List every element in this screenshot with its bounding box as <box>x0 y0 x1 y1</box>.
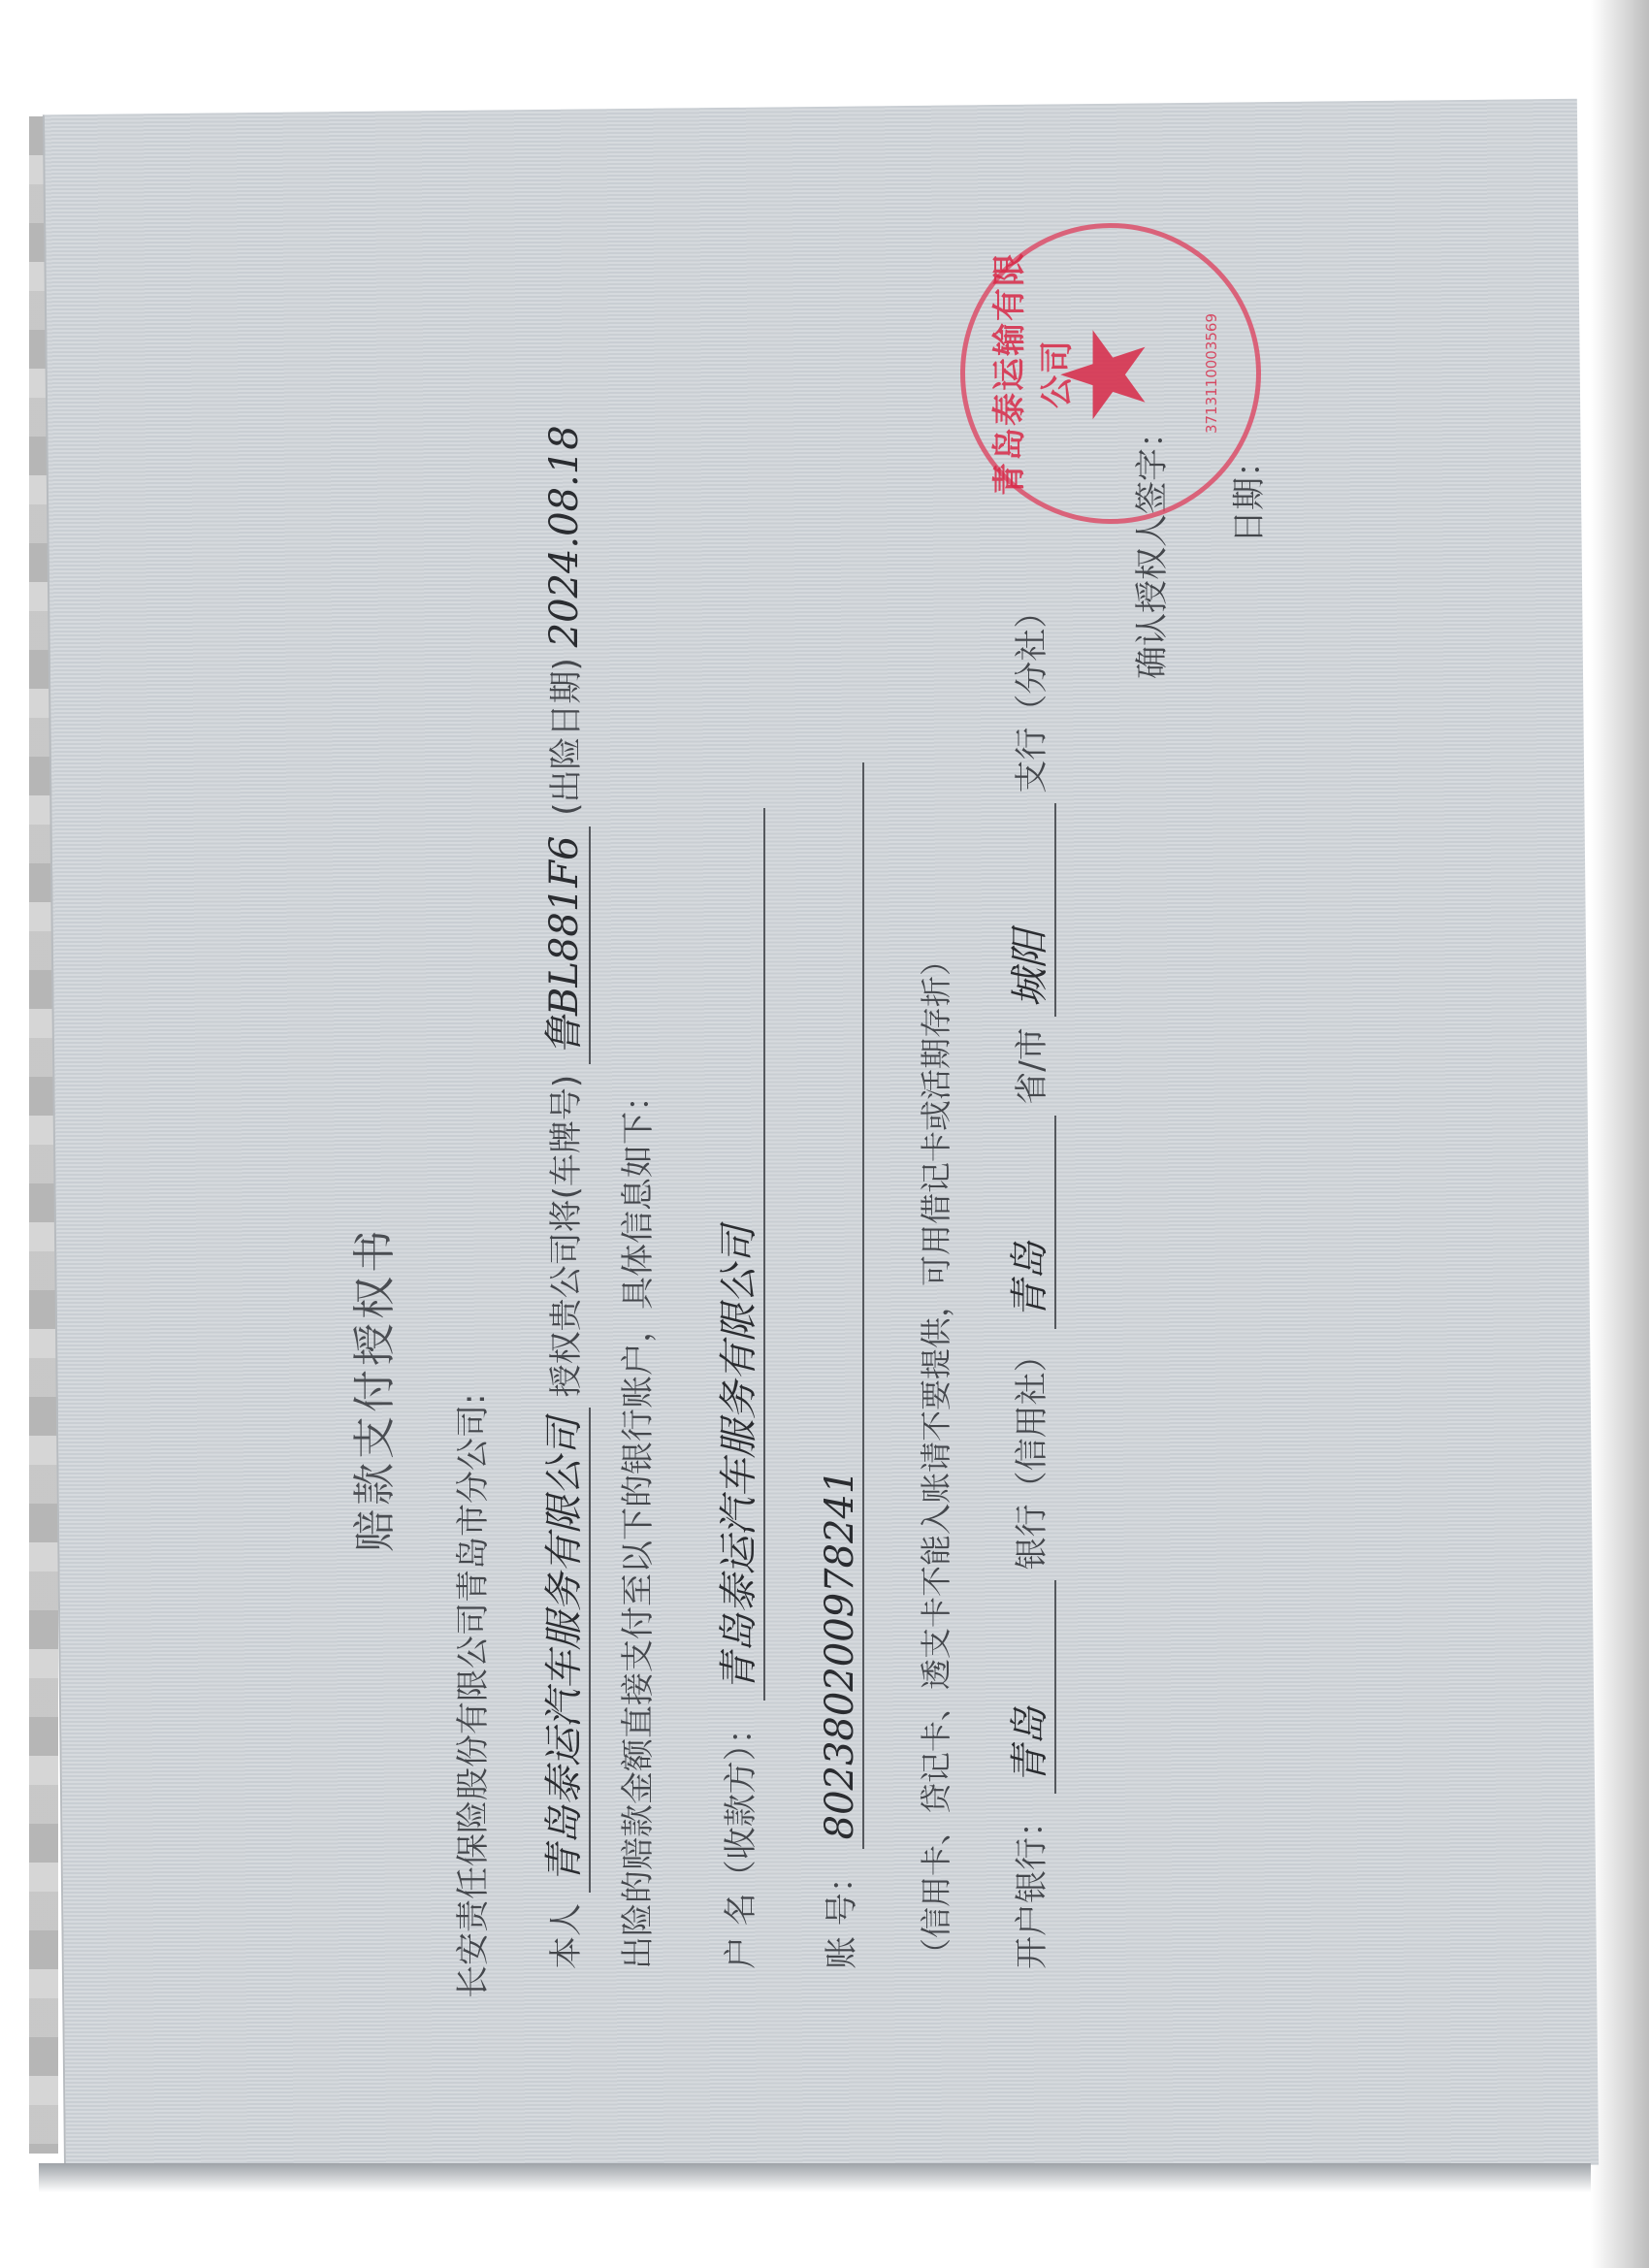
branch-suffix: 支行（分社） <box>1013 596 1051 794</box>
star-icon: ★ <box>1048 322 1164 427</box>
province-handwritten: 青岛 <box>999 1116 1056 1329</box>
plate-number-handwritten: 鲁BL881F6 <box>533 826 591 1065</box>
accident-date-handwritten: 2024.08.18 <box>542 425 587 647</box>
account-line: 账 号： 802380200978241 <box>815 762 864 1969</box>
insured-middle: 授权贵公司将(车牌号) <box>547 1075 586 1398</box>
bank-line: 开户银行： 青岛 银行（信用社） 青岛 省/市 城阳 支行（分社） <box>999 596 1056 1969</box>
accident-date-label: (出险日期) <box>547 658 586 816</box>
addressee-line: 长安责任保险股份有限公司青岛市分公司: <box>446 1394 494 1998</box>
branch-handwritten: 城阳 <box>999 803 1056 1017</box>
bank-suffix: 银行（信用社） <box>1013 1339 1051 1570</box>
province-suffix: 省/市 <box>1013 1027 1051 1104</box>
seal-number: 3713110003569 <box>1203 286 1220 461</box>
authorization-document: 赔款支付授权书 长安责任保险股份有限公司青岛市分公司: 本人 青岛泰运汽车服务有… <box>291 136 1358 2057</box>
account-label: 账 号： <box>823 1860 861 1969</box>
card-notice: （信用卡、贷记卡、透支卡不能入账请不要提供，可用借记卡或活期存折） <box>912 945 956 1969</box>
payee-label: 户 名（收款方）： <box>722 1711 760 1969</box>
insured-name-handwritten: 青岛泰运汽车服务有限公司 <box>533 1408 591 1893</box>
document-title: 赔款支付授权书 <box>339 1226 402 1552</box>
bank-name-handwritten: 青岛 <box>999 1580 1056 1794</box>
insured-line: 本人 青岛泰运汽车服务有限公司 授权贵公司将(车牌号) 鲁BL881F6 (出险… <box>533 425 591 1969</box>
scan-edge-right <box>1591 0 1649 2268</box>
instruction-line: 出险的赔款金额直接支付至以下的银行账户，具体信息如下： <box>611 1079 659 1969</box>
account-number-handwritten: 802380200978241 <box>818 762 864 1849</box>
payee-line: 户 名（收款方）： 青岛泰运汽车服务有限公司 <box>708 808 765 1969</box>
scan-shadow <box>39 2163 1591 2192</box>
bank-label: 开户银行： <box>1013 1804 1051 1969</box>
company-seal: 青岛泰运输有限公司 ★ 3713110003569 <box>960 223 1261 524</box>
payee-name-handwritten: 青岛泰运汽车服务有限公司 <box>708 808 765 1701</box>
insured-prefix: 本人 <box>547 1903 586 1969</box>
